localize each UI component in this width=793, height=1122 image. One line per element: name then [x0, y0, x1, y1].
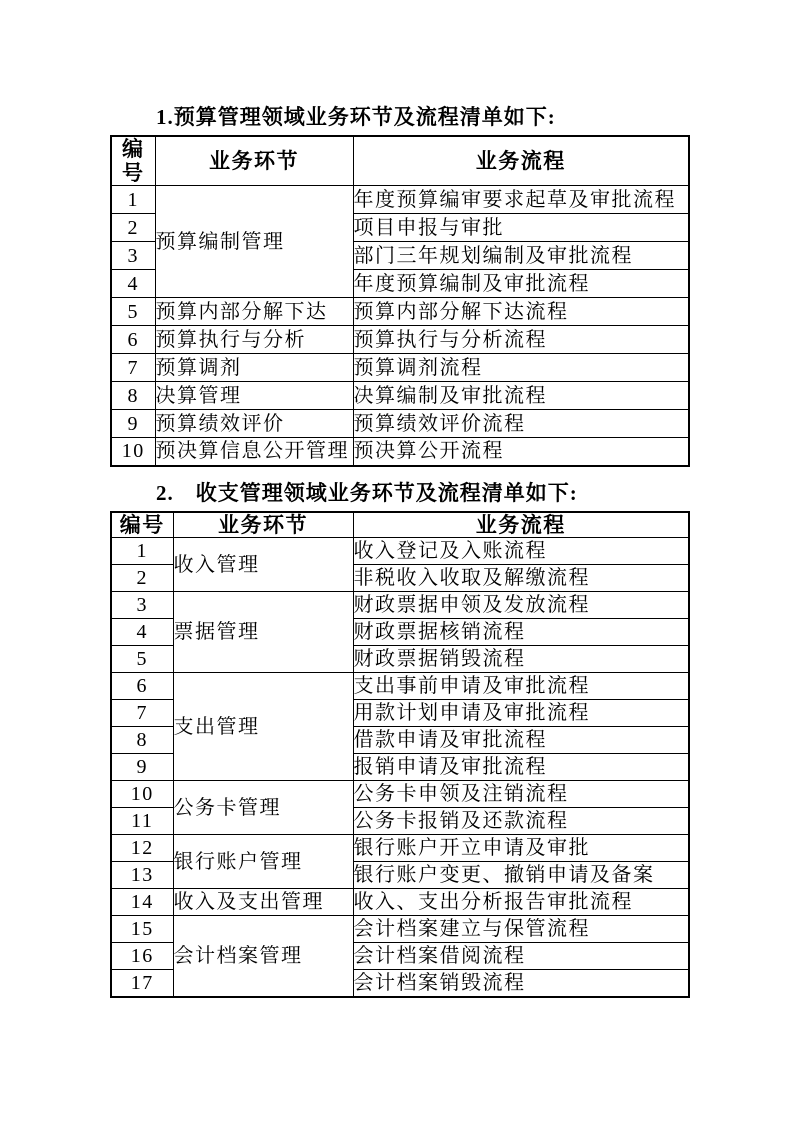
business-segment-cell: 支出管理	[173, 673, 353, 781]
business-process-cell: 会计档案销毁流程	[353, 970, 689, 998]
header-number: 编号	[111, 136, 155, 186]
business-process-cell: 公务卡报销及还款流程	[353, 808, 689, 835]
business-process-cell: 预算内部分解下达流程	[353, 298, 689, 326]
business-segment-cell: 公务卡管理	[173, 781, 353, 835]
business-process-cell: 银行账户开立申请及审批	[353, 835, 689, 862]
business-process-cell: 借款申请及审批流程	[353, 727, 689, 754]
business-process-cell: 公务卡申领及注销流程	[353, 781, 689, 808]
business-process-cell: 用款计划申请及审批流程	[353, 700, 689, 727]
business-process-cell: 部门三年规划编制及审批流程	[353, 242, 689, 270]
section-income-expense-management: 2. 收支管理领域业务环节及流程清单如下: 编号 业务环节 业务流程 1收入管理…	[110, 480, 688, 999]
business-process-cell: 预决算公开流程	[353, 438, 689, 466]
table-row: 12银行账户管理银行账户开立申请及审批	[111, 835, 689, 862]
business-process-cell: 年度预算编制及审批流程	[353, 270, 689, 298]
row-number-cell: 6	[111, 673, 173, 700]
row-number-cell: 8	[111, 727, 173, 754]
table-header-row: 编号 业务环节 业务流程	[111, 136, 689, 186]
header-business-segment: 业务环节	[173, 512, 353, 538]
budget-management-table: 编号 业务环节 业务流程 1预算编制管理年度预算编审要求起草及审批流程2项目申报…	[110, 135, 690, 467]
row-number-cell: 5	[111, 298, 155, 326]
row-number-cell: 4	[111, 270, 155, 298]
header-number: 编号	[111, 512, 173, 538]
header-business-process: 业务流程	[353, 512, 689, 538]
row-number-cell: 3	[111, 592, 173, 619]
business-process-cell: 财政票据核销流程	[353, 619, 689, 646]
business-process-cell: 收入、支出分析报告审批流程	[353, 889, 689, 916]
row-number-cell: 3	[111, 242, 155, 270]
table-header-row: 编号 业务环节 业务流程	[111, 512, 689, 538]
table-row: 8决算管理决算编制及审批流程	[111, 382, 689, 410]
row-number-cell: 15	[111, 916, 173, 943]
table-row: 10公务卡管理公务卡申领及注销流程	[111, 781, 689, 808]
business-segment-cell: 银行账户管理	[173, 835, 353, 889]
business-process-cell: 收入登记及入账流程	[353, 538, 689, 565]
business-segment-cell: 预算内部分解下达	[155, 298, 353, 326]
table-row: 3票据管理财政票据申领及发放流程	[111, 592, 689, 619]
row-number-cell: 14	[111, 889, 173, 916]
table-row: 9预算绩效评价预算绩效评价流程	[111, 410, 689, 438]
business-segment-cell: 会计档案管理	[173, 916, 353, 998]
business-segment-cell: 预算执行与分析	[155, 326, 353, 354]
row-number-cell: 9	[111, 410, 155, 438]
row-number-cell: 9	[111, 754, 173, 781]
income-expense-management-table: 编号 业务环节 业务流程 1收入管理收入登记及入账流程2非税收入收取及解缴流程3…	[110, 511, 690, 999]
row-number-cell: 2	[111, 214, 155, 242]
business-process-cell: 非税收入收取及解缴流程	[353, 565, 689, 592]
business-segment-cell: 票据管理	[173, 592, 353, 673]
row-number-cell: 2	[111, 565, 173, 592]
section1-title: 1.预算管理领域业务环节及流程清单如下:	[110, 104, 688, 130]
document-content: 1.预算管理领域业务环节及流程清单如下: 编号 业务环节 业务流程 1预算编制管…	[110, 104, 688, 998]
row-number-cell: 7	[111, 354, 155, 382]
row-number-cell: 1	[111, 186, 155, 214]
table-row: 14收入及支出管理收入、支出分析报告审批流程	[111, 889, 689, 916]
table-row: 6预算执行与分析预算执行与分析流程	[111, 326, 689, 354]
business-process-cell: 财政票据申领及发放流程	[353, 592, 689, 619]
row-number-cell: 16	[111, 943, 173, 970]
business-process-cell: 会计档案借阅流程	[353, 943, 689, 970]
business-process-cell: 报销申请及审批流程	[353, 754, 689, 781]
business-process-cell: 预算执行与分析流程	[353, 326, 689, 354]
business-process-cell: 年度预算编审要求起草及审批流程	[353, 186, 689, 214]
business-process-cell: 财政票据销毁流程	[353, 646, 689, 673]
row-number-cell: 1	[111, 538, 173, 565]
business-segment-cell: 预决算信息公开管理	[155, 438, 353, 466]
table-row: 5预算内部分解下达预算内部分解下达流程	[111, 298, 689, 326]
table-row: 10预决算信息公开管理预决算公开流程	[111, 438, 689, 466]
business-process-cell: 银行账户变更、撤销申请及备案	[353, 862, 689, 889]
business-process-cell: 预算调剂流程	[353, 354, 689, 382]
row-number-cell: 12	[111, 835, 173, 862]
business-segment-cell: 预算调剂	[155, 354, 353, 382]
business-process-cell: 支出事前申请及审批流程	[353, 673, 689, 700]
row-number-cell: 6	[111, 326, 155, 354]
business-process-cell: 会计档案建立与保管流程	[353, 916, 689, 943]
table-row: 15会计档案管理会计档案建立与保管流程	[111, 916, 689, 943]
section-budget-management: 1.预算管理领域业务环节及流程清单如下: 编号 业务环节 业务流程 1预算编制管…	[110, 104, 688, 467]
row-number-cell: 7	[111, 700, 173, 727]
business-process-cell: 项目申报与审批	[353, 214, 689, 242]
business-process-cell: 决算编制及审批流程	[353, 382, 689, 410]
row-number-cell: 17	[111, 970, 173, 998]
row-number-cell: 10	[111, 781, 173, 808]
table-row: 1预算编制管理年度预算编审要求起草及审批流程	[111, 186, 689, 214]
row-number-cell: 8	[111, 382, 155, 410]
table-row: 7预算调剂预算调剂流程	[111, 354, 689, 382]
section2-title: 2. 收支管理领域业务环节及流程清单如下:	[110, 480, 688, 506]
table-row: 1收入管理收入登记及入账流程	[111, 538, 689, 565]
business-segment-cell: 收入及支出管理	[173, 889, 353, 916]
row-number-cell: 11	[111, 808, 173, 835]
row-number-cell: 10	[111, 438, 155, 466]
header-business-segment: 业务环节	[155, 136, 353, 186]
business-segment-cell: 预算编制管理	[155, 186, 353, 298]
business-segment-cell: 预算绩效评价	[155, 410, 353, 438]
row-number-cell: 13	[111, 862, 173, 889]
table-row: 6支出管理支出事前申请及审批流程	[111, 673, 689, 700]
row-number-cell: 5	[111, 646, 173, 673]
row-number-cell: 4	[111, 619, 173, 646]
document-page: 1.预算管理领域业务环节及流程清单如下: 编号 业务环节 业务流程 1预算编制管…	[0, 0, 793, 1122]
business-segment-cell: 决算管理	[155, 382, 353, 410]
business-process-cell: 预算绩效评价流程	[353, 410, 689, 438]
header-business-process: 业务流程	[353, 136, 689, 186]
business-segment-cell: 收入管理	[173, 538, 353, 592]
